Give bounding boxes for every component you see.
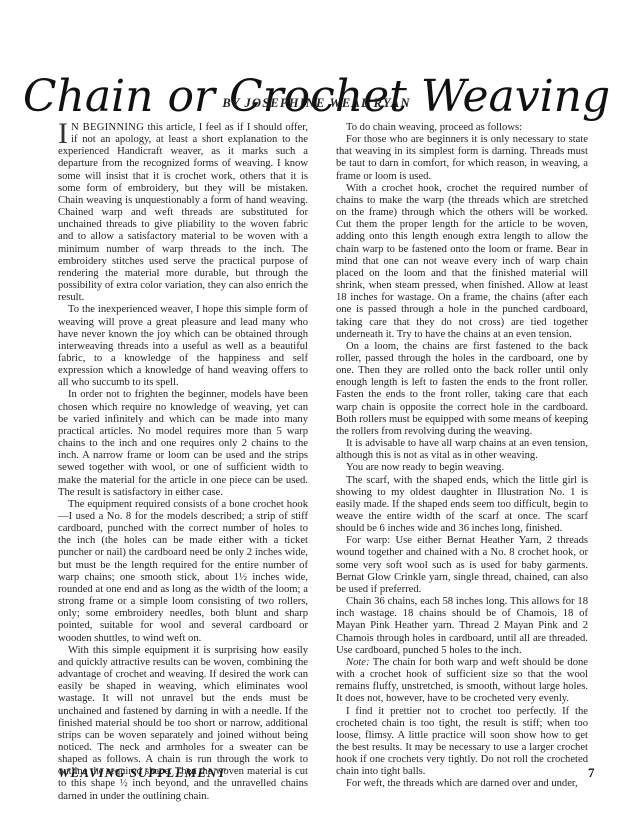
paragraph: For those who are beginners it is only n… xyxy=(336,134,588,183)
article-byline: BY JOSEPHINE WEAL RYAN xyxy=(0,96,633,111)
note-text: The chain for both warp and weft should … xyxy=(336,657,588,704)
note-paragraph: Note: The chain for both warp and weft s… xyxy=(336,657,588,706)
paragraph: I find it prettier not to crochet too pe… xyxy=(336,706,588,779)
paragraph-intro: IN BEGINNING this article, I feel as if … xyxy=(58,122,308,304)
note-label: Note: xyxy=(346,657,370,668)
lead-in-smallcaps: N BEGINNING xyxy=(71,122,144,133)
paragraph: It is advisable to have all warp chains … xyxy=(336,438,588,462)
paragraph-text: this article, I feel as if I should offe… xyxy=(58,122,308,303)
paragraph: With a crochet hook, crochet the require… xyxy=(336,183,588,341)
paragraph: On a loom, the chains are first fastened… xyxy=(336,341,588,438)
paragraph: To do chain weaving, proceed as follows: xyxy=(336,122,588,134)
left-column: IN BEGINNING this article, I feel as if … xyxy=(58,122,308,803)
paragraph: The equipment required consists of a bon… xyxy=(58,499,308,645)
paragraph: For weft, the threads which are darned o… xyxy=(336,778,588,790)
paragraph: For warp: Use either Bernat Heather Yarn… xyxy=(336,535,588,596)
page-number: 7 xyxy=(588,765,595,781)
magazine-page: Chain or Crochet Weaving BY JOSEPHINE WE… xyxy=(0,0,633,821)
drop-cap: I xyxy=(58,123,68,145)
paragraph: Chain 36 chains, each 58 inches long. Th… xyxy=(336,596,588,657)
paragraph: You are now ready to begin weaving. xyxy=(336,462,588,474)
paragraph: In order not to frighten the beginner, m… xyxy=(58,389,308,498)
publication-footer: WEAVING SUPPLEMENT xyxy=(58,765,226,781)
paragraph: To the inexperienced weaver, I hope this… xyxy=(58,304,308,389)
right-column: To do chain weaving, proceed as follows:… xyxy=(336,122,588,791)
paragraph: The scarf, with the shaped ends, which t… xyxy=(336,475,588,536)
